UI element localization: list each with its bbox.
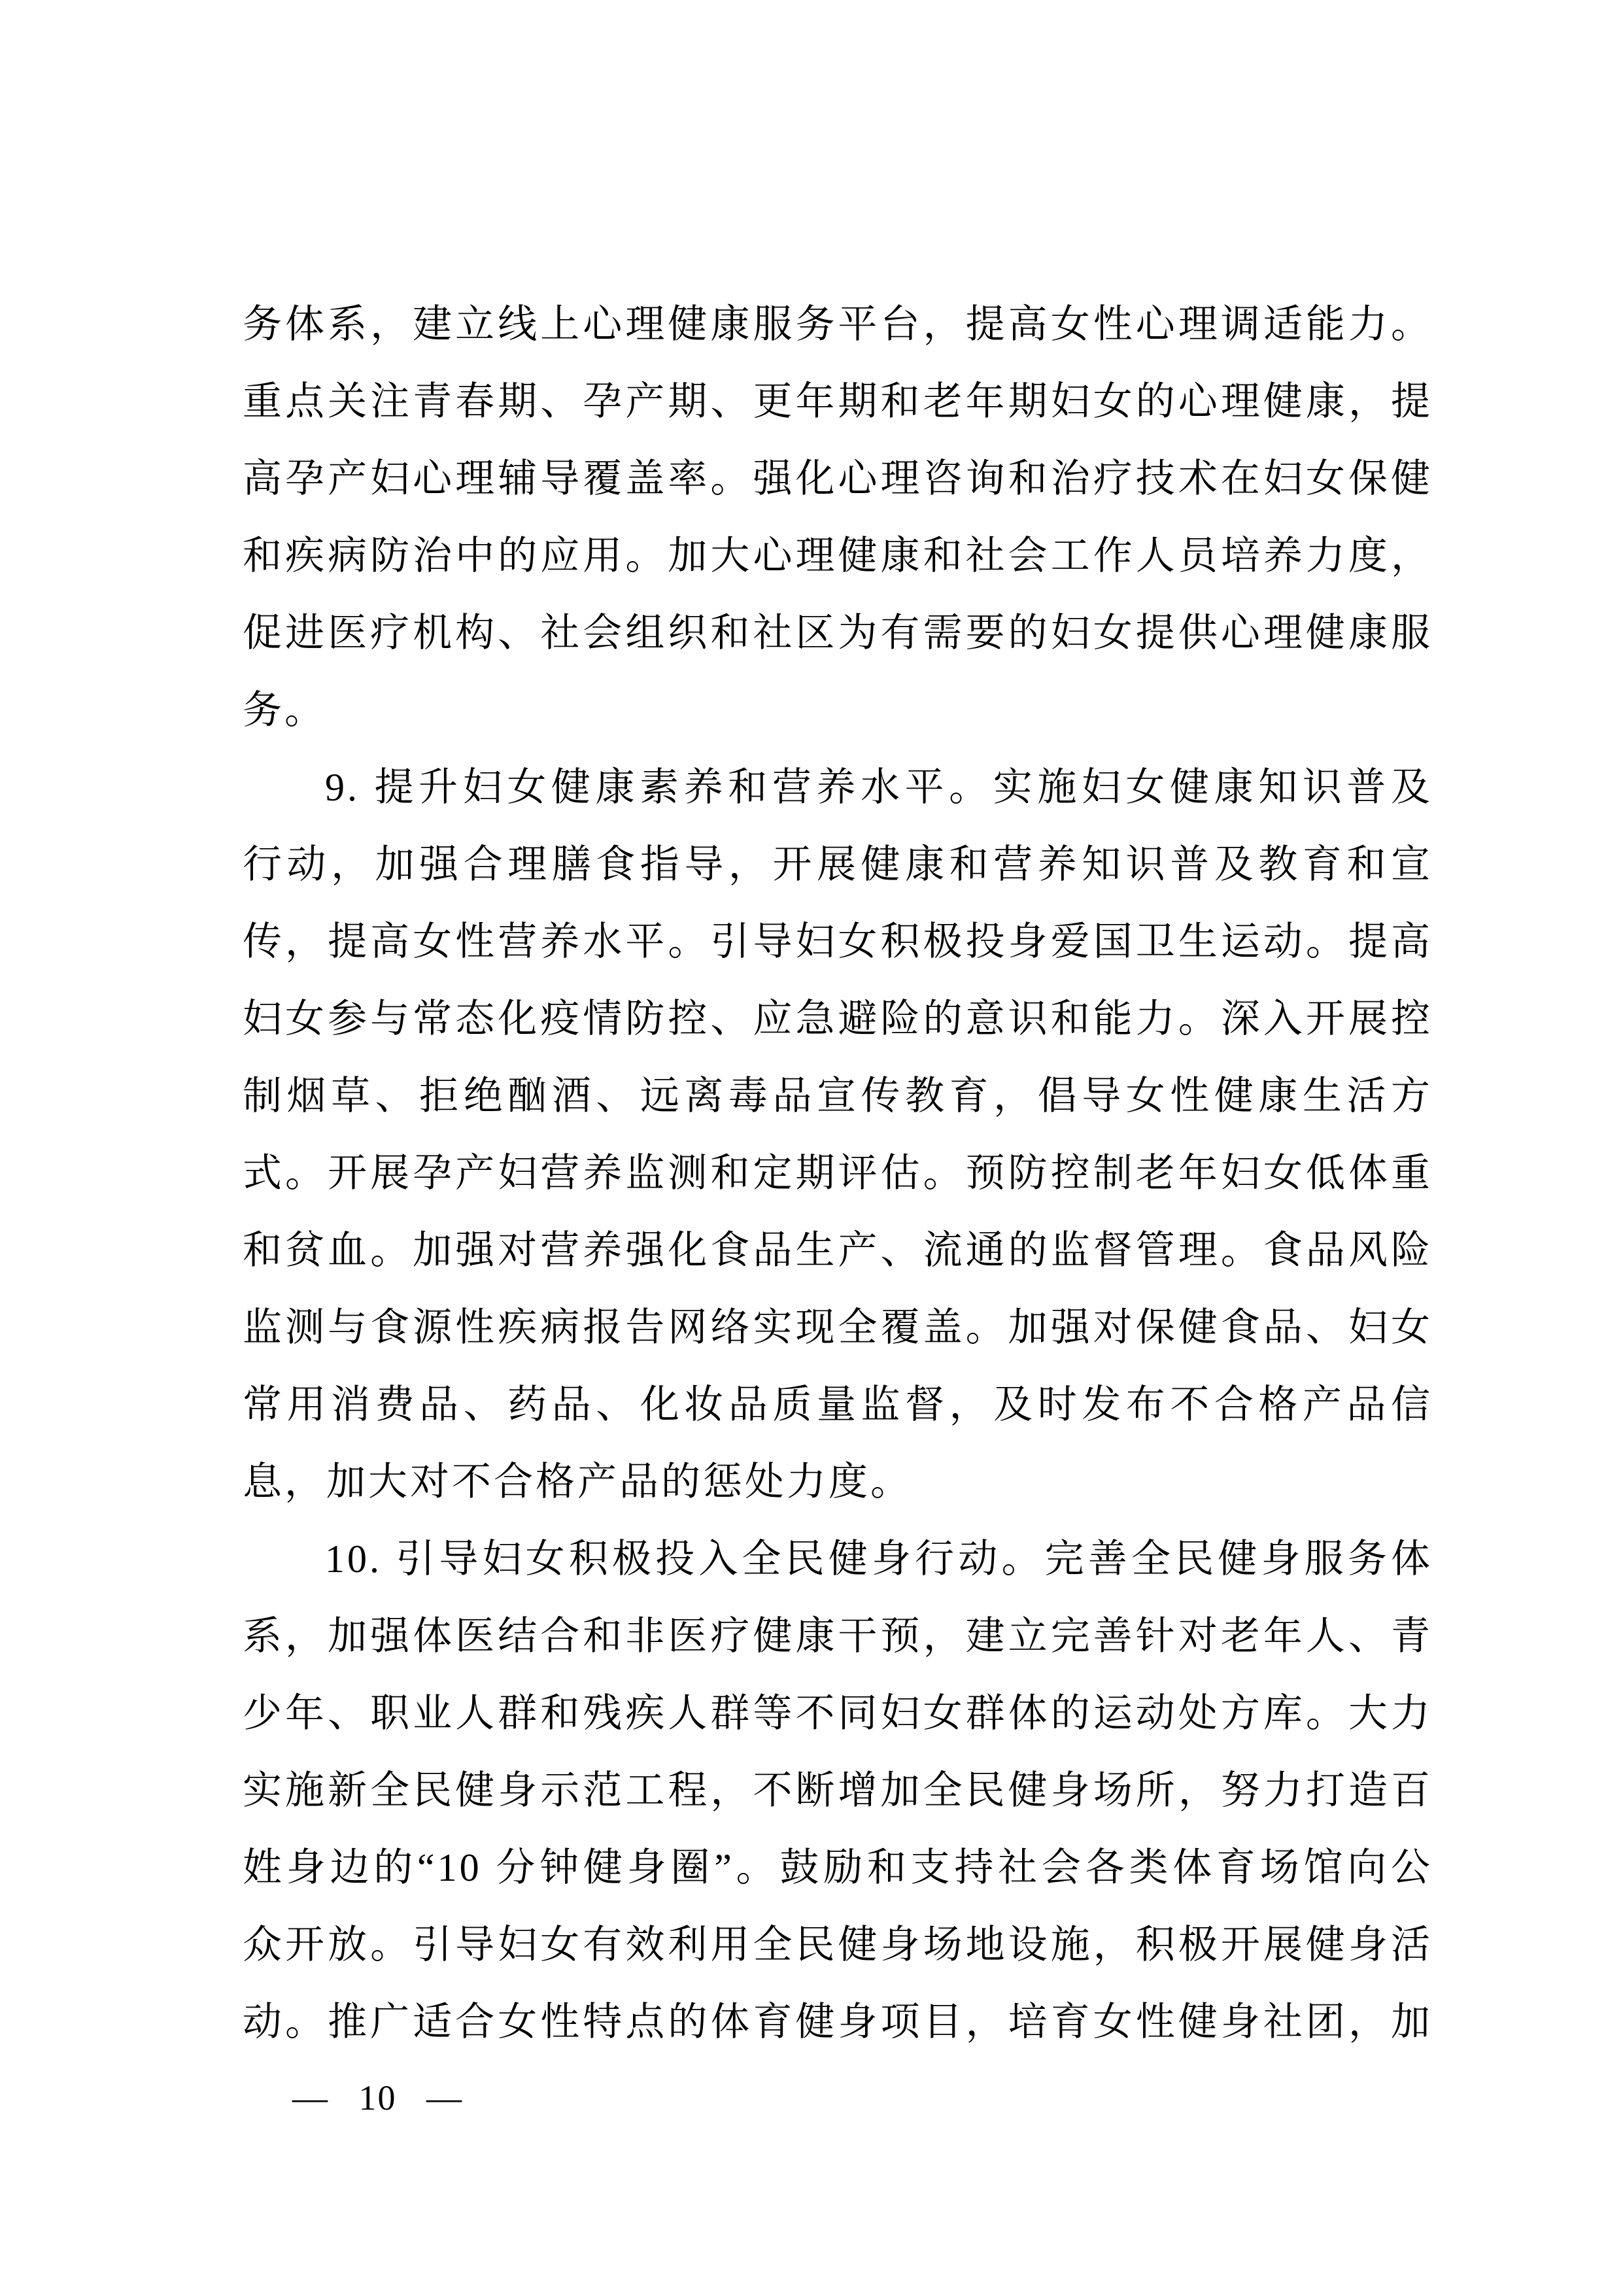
text-line: 少年、职业人群和残疾人群等不同妇女群体的运动处方库。大力 [243,1675,1433,1752]
document-body: 务体系，建立线上心理健康服务平台，提高女性心理调适能力。重点关注青春期、孕产期、… [243,286,1433,2061]
text-line: 系，加强体医结合和非医疗健康干预，建立完善针对老年人、青 [243,1598,1433,1675]
text-line: 妇女参与常态化疫情防控、应急避险的意识和能力。深入开展控 [243,980,1433,1057]
text-line: 姓身边的“10 分钟健身圈”。鼓励和支持社会各类体育场馆向公 [243,1829,1433,1906]
text-line: 和疾病防治中的应用。加大心理健康和社会工作人员培养力度， [243,517,1433,594]
text-line: 10. 引导妇女积极投入全民健身行动。完善全民健身服务体 [243,1520,1433,1598]
document-page: 务体系，建立线上心理健康服务平台，提高女性心理调适能力。重点关注青春期、孕产期、… [0,0,1623,2296]
text-line: 众开放。引导妇女有效利用全民健身场地设施，积极开展健身活 [243,1906,1433,1983]
text-line: 务。 [243,672,1433,749]
text-line: 行动，加强合理膳食指导，开展健康和营养知识普及教育和宣 [243,826,1433,903]
text-line: 常用消费品、药品、化妆品质量监督，及时发布不合格产品信 [243,1366,1433,1443]
text-line: 务体系，建立线上心理健康服务平台，提高女性心理调适能力。 [243,286,1433,363]
text-line: 实施新全民健身示范工程，不断增加全民健身场所，努力打造百 [243,1752,1433,1829]
text-line: 动。推广适合女性特点的体育健身项目，培育女性健身社团，加 [243,1983,1433,2061]
text-line: 息，加大对不合格产品的惩处力度。 [243,1443,1433,1520]
text-line: 促进医疗机构、社会组织和社区为有需要的妇女提供心理健康服 [243,594,1433,672]
text-line: 式。开展孕产妇营养监测和定期评估。预防控制老年妇女低体重 [243,1135,1433,1212]
page-number: — 10 — [292,2072,463,2124]
text-line: 9. 提升妇女健康素养和营养水平。实施妇女健康知识普及 [243,749,1433,826]
text-line: 传，提高女性营养水平。引导妇女积极投身爱国卫生运动。提高 [243,903,1433,980]
text-line: 重点关注青春期、孕产期、更年期和老年期妇女的心理健康，提 [243,363,1433,440]
text-line: 监测与食源性疾病报告网络实现全覆盖。加强对保健食品、妇女 [243,1289,1433,1366]
text-line: 制烟草、拒绝酗酒、远离毒品宣传教育，倡导女性健康生活方 [243,1057,1433,1135]
text-line: 高孕产妇心理辅导覆盖率。强化心理咨询和治疗技术在妇女保健 [243,440,1433,517]
text-line: 和贫血。加强对营养强化食品生产、流通的监督管理。食品风险 [243,1212,1433,1289]
